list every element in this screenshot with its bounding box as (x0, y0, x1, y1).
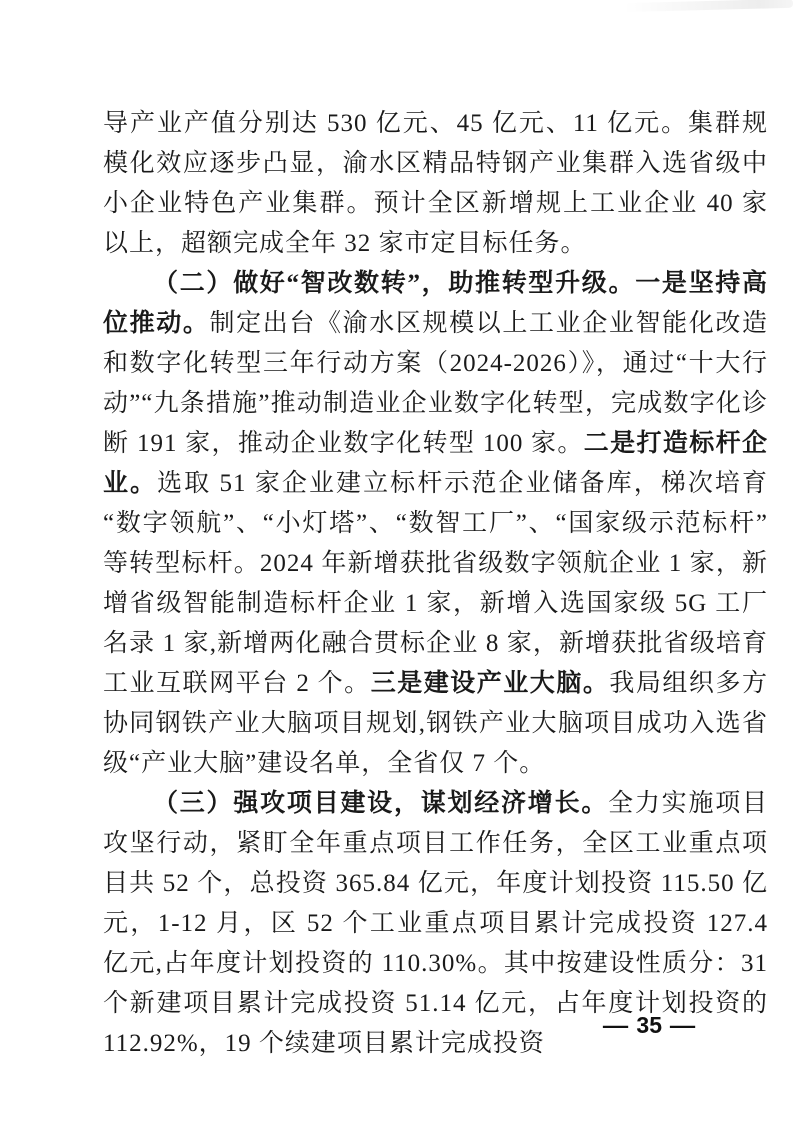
page-number-dash-right: — (670, 1012, 695, 1039)
scan-artifact (623, 0, 793, 12)
paragraph: （二）做好“智改数转”，助推转型升级。一是坚持高位推动。制定出台《渝水区规模以上… (103, 264, 768, 784)
body-text: 导产业产值分别达 530 亿元、45 亿元、11 亿元。集群规模化效应逐步凸显，… (103, 110, 768, 257)
page-number: — 35 — (604, 1012, 694, 1039)
document-body: 导产业产值分别达 530 亿元、45 亿元、11 亿元。集群规模化效应逐步凸显，… (103, 104, 768, 1064)
page-number-dash-left: — (603, 1012, 628, 1039)
page-number-value: 35 (636, 1012, 662, 1039)
document-page: 导产业产值分别达 530 亿元、45 亿元、11 亿元。集群规模化效应逐步凸显，… (0, 0, 793, 1122)
emphasis-text: （二）做好“智改数转”，助推转型升级。 (153, 270, 635, 297)
emphasis-text: （三）强攻项目建设，谋划经济增长。 (153, 790, 608, 817)
emphasis-text: 三是建设产业大脑。 (371, 670, 610, 697)
paragraph: 导产业产值分别达 530 亿元、45 亿元、11 亿元。集群规模化效应逐步凸显，… (103, 104, 768, 264)
body-text: 选取 51 家企业建立标杆示范企业储备库，梯次培育“数字领航”、“小灯塔”、“数… (103, 470, 768, 697)
